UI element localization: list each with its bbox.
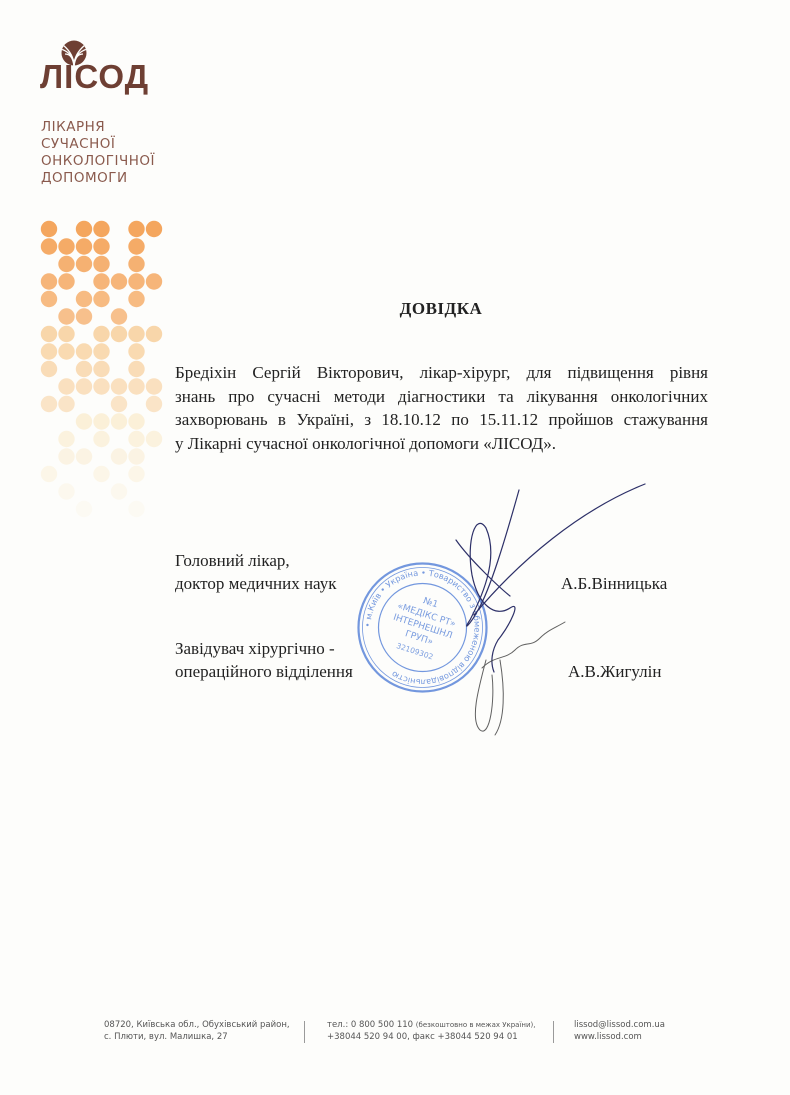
- signatory-title-line: Головний лікар,: [175, 549, 337, 572]
- signatory-1-title: Головний лікар, доктор медичних наук: [175, 549, 337, 595]
- decorative-dot-pattern: [38, 218, 178, 538]
- certificate-body: Бредіхін Сергій Вікторович, лікар-хірург…: [175, 361, 708, 455]
- signatory-2-title: Завідувач хірургічно - операційного відд…: [175, 637, 353, 683]
- hospital-tagline: ЛІКАРНЯ СУЧАСНОЇ ОНКОЛОГІЧНОЇ ДОПОМОГИ: [41, 119, 155, 187]
- stamp-line: №1: [422, 596, 439, 610]
- address-line: с. Плюти, вул. Малишка, 27: [104, 1031, 290, 1043]
- body-line: знань про сучасні методи діагностики та …: [175, 385, 708, 409]
- document-page: ЛІСОД ЛІКАРНЯ СУЧАСНОЇ ОНКОЛОГІЧНОЇ ДОПО…: [0, 0, 790, 1095]
- address-line: 08720, Київська обл., Обухівський район,: [104, 1019, 290, 1031]
- footer-divider: [553, 1021, 554, 1043]
- footer-website: www.lissod.com: [574, 1031, 665, 1043]
- footer-address: 08720, Київська обл., Обухівський район,…: [104, 1019, 290, 1043]
- tagline-line: ОНКОЛОГІЧНОЇ: [41, 153, 155, 170]
- phone-hotline-note: (безкоштовно в межах України),: [416, 1021, 536, 1029]
- footer-phones: тел.: 0 800 500 110 (безкоштовно в межах…: [327, 1019, 536, 1043]
- phone-hotline: тел.: 0 800 500 110: [327, 1020, 416, 1030]
- signatory-title-line: Завідувач хірургічно -: [175, 637, 353, 660]
- phone-fax: +38044 520 94 00, факс +38044 520 94 01: [327, 1031, 536, 1043]
- body-line: Бредіхін Сергій Вікторович, лікар-хірург…: [175, 361, 708, 385]
- official-stamp-seal-icon: • м.Київ • Україна • Товариство з обмеже…: [355, 560, 490, 695]
- signatory-1-name: А.Б.Вінницька: [561, 572, 667, 595]
- body-line: захворювань в Україні, з 18.10.12 по 15.…: [175, 408, 708, 432]
- body-line: у Лікарні сучасної онкологічної допомоги…: [175, 432, 708, 456]
- footer-contacts: lissod@lissod.com.ua www.lissod.com: [574, 1019, 665, 1043]
- signatory-title-line: доктор медичних наук: [175, 572, 337, 595]
- footer-email: lissod@lissod.com.ua: [574, 1019, 665, 1031]
- tagline-line: СУЧАСНОЇ: [41, 136, 155, 153]
- tagline-line: ДОПОМОГИ: [41, 170, 155, 187]
- document-title: ДОВІДКА: [0, 299, 790, 319]
- signatory-title-line: операційного відділення: [175, 660, 353, 683]
- footer-divider: [304, 1021, 305, 1043]
- signatory-2-name: А.В.Жигулін: [568, 660, 661, 683]
- lisod-logo-text: ЛІСОД: [40, 60, 149, 94]
- tagline-line: ЛІКАРНЯ: [41, 119, 155, 136]
